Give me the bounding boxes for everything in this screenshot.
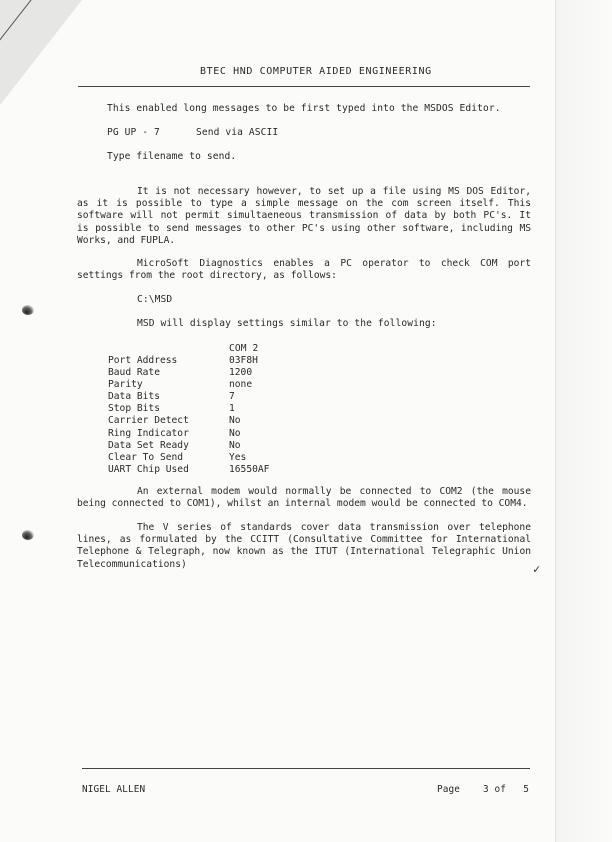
settings-row: Clear To SendYes (108, 452, 269, 464)
settings-value: Yes (229, 452, 246, 464)
footer-rule (82, 768, 530, 769)
page-right-edge-shadow (555, 0, 612, 842)
settings-row: UART Chip Used16550AF (108, 464, 269, 476)
paragraph-modem-text: An external modem would normally be conn… (77, 486, 531, 509)
settings-label: Stop Bits (108, 403, 229, 415)
settings-value: No (229, 415, 241, 427)
msd-command: C:\MSD (137, 294, 172, 306)
paragraph-modem: An external modem would normally be conn… (77, 486, 531, 510)
settings-value: 1200 (229, 367, 252, 379)
intro-line: This enabled long messages to be first t… (107, 103, 501, 115)
paragraph-com-screen-text: It is not necessary however, to set up a… (77, 186, 531, 246)
page-number: 3 (483, 784, 489, 795)
msd-intro: MSD will display settings similar to the… (137, 318, 437, 330)
settings-value: 7 (229, 391, 235, 403)
settings-label: Port Address (108, 355, 229, 367)
settings-row: Ring IndicatorNo (108, 428, 269, 440)
document-header-title: BTEC HND COMPUTER AIDED ENGINEERING (200, 66, 432, 78)
settings-value: 16550AF (229, 464, 269, 476)
settings-row: Stop Bits1 (108, 403, 269, 415)
settings-row: Carrier DetectNo (108, 415, 269, 427)
settings-label: Baud Rate (108, 367, 229, 379)
paragraph-msd: MicroSoft Diagnostics enables a PC opera… (77, 258, 531, 282)
settings-label: UART Chip Used (108, 464, 229, 476)
settings-row: Data Bits7 (108, 391, 269, 403)
key-hint-key: PG UP - 7 (107, 127, 160, 139)
settings-label: Data Set Ready (108, 440, 229, 452)
settings-row: Paritynone (108, 379, 269, 391)
settings-value: 03F8H (229, 355, 258, 367)
settings-label: Clear To Send (108, 452, 229, 464)
page-label: Page (437, 784, 460, 795)
punch-hole-icon (22, 530, 34, 540)
checkmark-icon: ✓ (533, 562, 540, 576)
settings-label: Ring Indicator (108, 428, 229, 440)
settings-label: Carrier Detect (108, 415, 229, 427)
paragraph-msd-text: MicroSoft Diagnostics enables a PC opera… (77, 258, 531, 281)
com-settings-table: Port Address03F8H Baud Rate1200 Parityno… (108, 355, 269, 476)
paragraph-v-series-text: The V series of standards cover data tra… (77, 522, 531, 570)
settings-value: none (229, 379, 252, 391)
footer-author: NIGEL ALLEN (82, 784, 145, 796)
settings-value: No (229, 428, 241, 440)
paragraph-v-series: The V series of standards cover data tra… (77, 522, 531, 571)
settings-row: Port Address03F8H (108, 355, 269, 367)
settings-row: Data Set ReadyNo (108, 440, 269, 452)
instruction-line: Type filename to send. (107, 151, 236, 163)
settings-label: Data Bits (108, 391, 229, 403)
punch-hole-icon (22, 305, 34, 315)
footer-page-indicator: Page 3 of 5 (437, 784, 529, 796)
settings-row: Baud Rate1200 (108, 367, 269, 379)
key-hint-action: Send via ASCII (196, 127, 278, 139)
header-rule (78, 86, 530, 87)
page-total: 5 (523, 784, 529, 795)
settings-label: Parity (108, 379, 229, 391)
page-of: of (494, 784, 506, 795)
settings-value: No (229, 440, 241, 452)
settings-value: 1 (229, 403, 235, 415)
paragraph-com-screen: It is not necessary however, to set up a… (77, 186, 531, 247)
settings-column-header: COM 2 (229, 343, 258, 355)
page-corner-fold (0, 0, 82, 105)
